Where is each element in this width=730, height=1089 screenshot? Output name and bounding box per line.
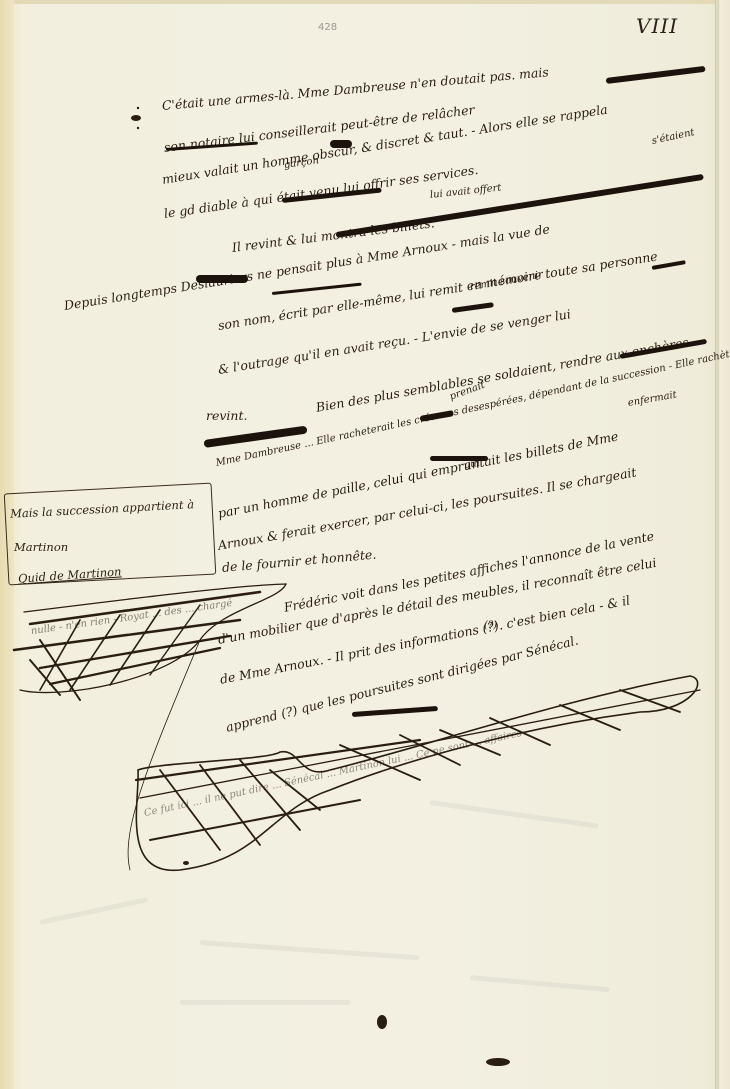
- manuscript-page: 428 VIII C'était une armes-là. Mme Dambr…: [0, 0, 730, 1089]
- cancelled-passages-ink: [0, 0, 730, 1089]
